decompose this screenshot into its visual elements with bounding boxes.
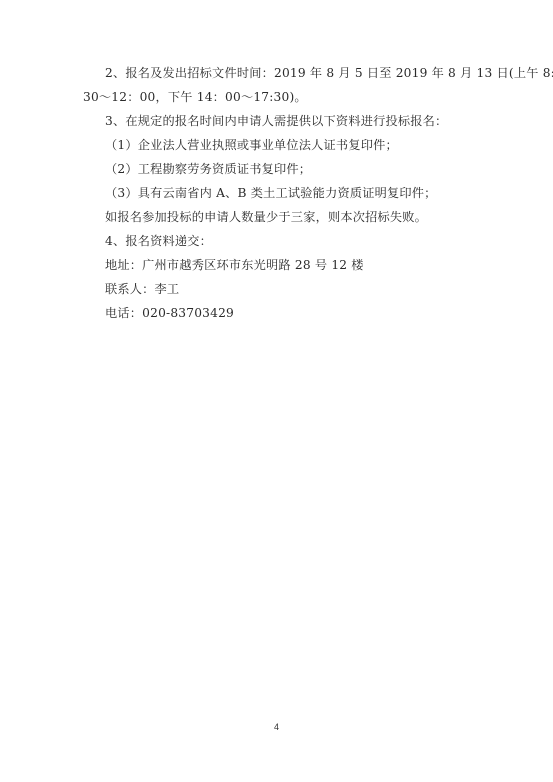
page-number: 4 <box>274 722 279 732</box>
registration-time-continued-line: 30～12：00，下午 14：00～17:30)。 <box>83 89 307 105</box>
document-page: 2、报名及发出招标文件时间：2019 年 8 月 5 日至 2019 年 8 月… <box>0 0 553 782</box>
required-document-item-2: （2）工程勘察劳务资质证书复印件； <box>105 161 311 177</box>
required-document-item-1: （1）企业法人营业执照或事业单位法人证书复印件； <box>105 137 398 153</box>
tender-failure-note: 如报名参加投标的申请人数量少于三家，则本次招标失败。 <box>105 209 427 225</box>
address-line: 地址：广州市越秀区环市东光明路 28 号 12 楼 <box>105 257 364 273</box>
submission-heading: 4、报名资料递交： <box>105 233 212 249</box>
contact-person-line: 联系人：李工 <box>105 281 179 297</box>
phone-line: 电话：020-83703429 <box>105 305 234 321</box>
registration-time-line: 2、报名及发出招标文件时间：2019 年 8 月 5 日至 2019 年 8 月… <box>105 65 553 81</box>
required-document-item-3: （3）具有云南省内 A、B 类土工试验能力资质证明复印件； <box>105 185 437 201</box>
required-documents-heading: 3、在规定的报名时间内申请人需提供以下资料进行投标报名： <box>105 113 447 129</box>
